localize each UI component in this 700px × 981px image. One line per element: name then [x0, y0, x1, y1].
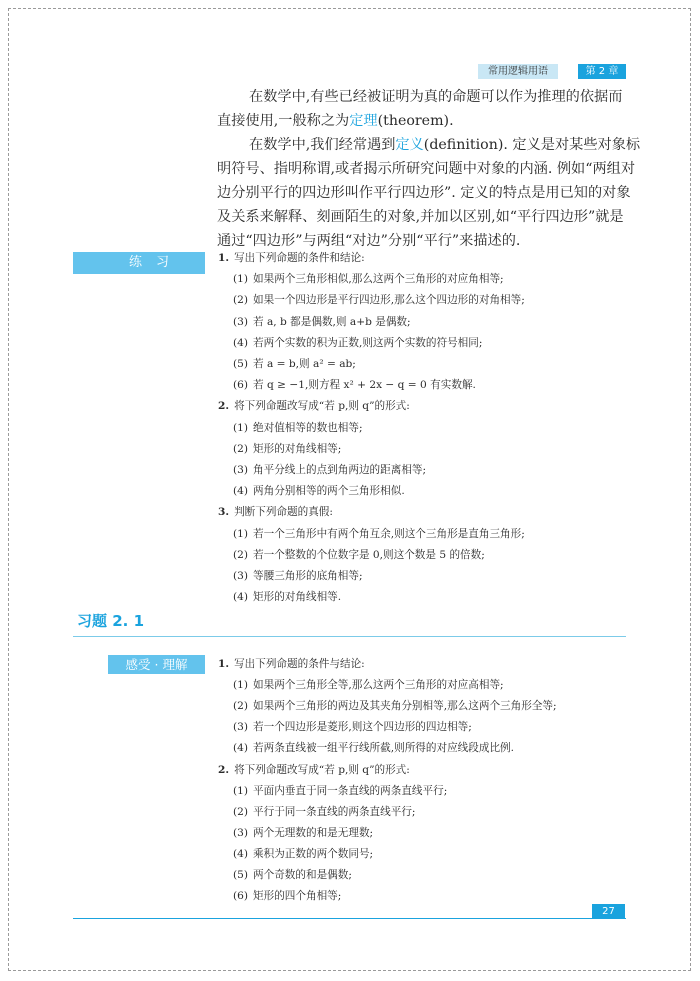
list-item: (4)若两条直线被一组平行线所截,则所得的对应线段成比例. — [233, 738, 514, 759]
item-text: 绝对值相等的数也相等; — [253, 422, 363, 434]
item-text: 若两个实数的积为正数,则这两个实数的符号相同; — [253, 337, 482, 349]
item-text: 写出下列命题的条件和结论: — [234, 252, 365, 264]
list-item: (4)矩形的对角线相等. — [233, 587, 341, 608]
item-number: (3) — [233, 316, 248, 328]
item-number: 2. — [218, 400, 229, 412]
item-number: (6) — [233, 379, 248, 391]
item-text: 将下列命题改写成“若 p,则 q”的形式: — [234, 764, 410, 776]
list-item: (4)乘积为正数的两个数同号; — [233, 844, 373, 865]
item-number: (4) — [233, 848, 248, 860]
item-number: (2) — [233, 700, 248, 712]
list-item: (3)等腰三角形的底角相等; — [233, 566, 363, 587]
item-number: (1) — [233, 422, 248, 434]
list-item: (1)绝对值相等的数也相等; — [233, 418, 363, 439]
item-number: (5) — [233, 358, 248, 370]
list-item: (2)如果两个三角形的两边及其夹角分别相等,那么这两个三角形全等; — [233, 696, 557, 717]
page-number: 27 — [592, 904, 625, 919]
item-number: 3. — [218, 506, 229, 518]
item-text: 判断下列命题的真假: — [234, 506, 333, 518]
list-item: (1)如果两个三角形相似,那么这两个三角形的对应角相等; — [233, 269, 504, 290]
practice-tag: 练习 — [73, 252, 205, 274]
item-text: 两个奇数的和是偶数; — [253, 869, 352, 881]
item-number: (3) — [233, 721, 248, 733]
exercises-title: 习题 2. 1 — [77, 610, 144, 631]
item-text: 写出下列命题的条件与结论: — [234, 658, 365, 670]
item-text: 两个无理数的和是无理数; — [253, 827, 373, 839]
intro-p2-line4: 及关系来解释、刻画陌生的对象,并加以区别,如“平行四边形”就是 — [217, 206, 624, 230]
item-number: (4) — [233, 742, 248, 754]
item-number: (4) — [233, 485, 248, 497]
item-number: 1. — [218, 252, 229, 264]
list-item: (4)若两个实数的积为正数,则这两个实数的符号相同; — [233, 333, 482, 354]
item-number: (1) — [233, 273, 248, 285]
list-item: (2)若一个整数的个位数字是 0,则这个数是 5 的倍数; — [233, 545, 485, 566]
list-item: (1)若一个三角形中有两个角互余,则这个三角形是直角三角形; — [233, 524, 525, 545]
chapter-number-tag: 第 2 章 — [578, 64, 626, 79]
item-number: (1) — [233, 528, 248, 540]
item-text: 若两条直线被一组平行线所截,则所得的对应线段成比例. — [253, 742, 514, 754]
item-number: (5) — [233, 869, 248, 881]
item-text: 如果两个三角形相似,那么这两个三角形的对应角相等; — [253, 273, 504, 285]
list-item: (6)若 q ≥ −1,则方程 x² + 2x − q = 0 有实数解. — [233, 375, 476, 396]
item-number: (2) — [233, 806, 248, 818]
list-item: 2.将下列命题改写成“若 p,则 q”的形式: — [218, 396, 410, 417]
list-item: (3)若 a, b 都是偶数,则 a+b 是偶数; — [233, 312, 411, 333]
item-number: (2) — [233, 294, 248, 306]
chapter-name-tag: 常用逻辑用语 — [478, 64, 558, 79]
term-definition: 定义 — [395, 137, 423, 153]
footer-rule — [73, 918, 626, 919]
item-number: (3) — [233, 464, 248, 476]
item-number: (4) — [233, 591, 248, 603]
item-text: 若 a, b 都是偶数,则 a+b 是偶数; — [253, 316, 411, 328]
item-number: 1. — [218, 658, 229, 670]
item-text: 矩形的四个角相等; — [253, 890, 341, 902]
list-item: 2.将下列命题改写成“若 p,则 q”的形式: — [218, 760, 410, 781]
item-text: 如果两个三角形的两边及其夹角分别相等,那么这两个三角形全等; — [253, 700, 557, 712]
list-item: (6)矩形的四个角相等; — [233, 886, 341, 907]
item-number: (3) — [233, 570, 248, 582]
list-item: (3)角平分线上的点到角两边的距离相等; — [233, 460, 426, 481]
list-item: (2)如果一个四边形是平行四边形,那么这个四边形的对角相等; — [233, 290, 525, 311]
list-item: 1.写出下列命题的条件和结论: — [218, 248, 365, 269]
list-item: (3)若一个四边形是菱形,则这个四边形的四边相等; — [233, 717, 472, 738]
item-text: 角平分线上的点到角两边的距离相等; — [253, 464, 426, 476]
term-theorem: 定理 — [349, 113, 377, 129]
intro-p2-line2: 明符号、指明称谓,或者揭示所研究问题中对象的内涵. 例如“两组对 — [217, 158, 635, 182]
item-text: 若一个四边形是菱形,则这个四边形的四边相等; — [253, 721, 472, 733]
item-text: 若一个整数的个位数字是 0,则这个数是 5 的倍数; — [253, 549, 485, 561]
list-item: (5)两个奇数的和是偶数; — [233, 865, 352, 886]
item-number: (4) — [233, 337, 248, 349]
intro-p1-line2: 直接使用,一般称之为定理(theorem). — [217, 110, 454, 134]
feel-understand-tag: 感受 · 理解 — [108, 655, 205, 674]
list-item: (3)两个无理数的和是无理数; — [233, 823, 373, 844]
item-text: 等腰三角形的底角相等; — [253, 570, 363, 582]
text: 在数学中,我们经常遇到 — [249, 137, 395, 153]
item-text: 如果一个四边形是平行四边形,那么这个四边形的对角相等; — [253, 294, 525, 306]
item-number: (1) — [233, 785, 248, 797]
item-text: 两角分别相等的两个三角形相似. — [253, 485, 405, 497]
item-number: (6) — [233, 890, 248, 902]
list-item: (4)两角分别相等的两个三角形相似. — [233, 481, 405, 502]
item-text: 若 a = b,则 a² = ab; — [253, 358, 356, 370]
section-divider — [73, 636, 626, 637]
item-number: (1) — [233, 679, 248, 691]
item-number: 2. — [218, 764, 229, 776]
item-text: 如果两个三角形全等,那么这两个三角形的对应高相等; — [253, 679, 504, 691]
list-item: 3.判断下列命题的真假: — [218, 502, 333, 523]
item-number: (3) — [233, 827, 248, 839]
item-text: 平面内垂直于同一条直线的两条直线平行; — [253, 785, 447, 797]
list-item: (1)平面内垂直于同一条直线的两条直线平行; — [233, 781, 447, 802]
item-text: 若 q ≥ −1,则方程 x² + 2x − q = 0 有实数解. — [253, 379, 476, 391]
item-text: 将下列命题改写成“若 p,则 q”的形式: — [234, 400, 410, 412]
item-text: 矩形的对角线相等; — [253, 443, 341, 455]
item-text: 矩形的对角线相等. — [253, 591, 341, 603]
item-text: 平行于同一条直线的两条直线平行; — [253, 806, 415, 818]
intro-p2-line1: 在数学中,我们经常遇到定义(definition). 定义是对某些对象标 — [249, 134, 640, 158]
list-item: 1.写出下列命题的条件与结论: — [218, 654, 365, 675]
intro-p1-line1: 在数学中,有些已经被证明为真的命题可以作为推理的依据而 — [249, 86, 622, 110]
item-number: (2) — [233, 443, 248, 455]
text: (theorem). — [378, 113, 454, 129]
text: 直接使用,一般称之为 — [217, 113, 349, 129]
list-item: (2)矩形的对角线相等; — [233, 439, 341, 460]
item-number: (2) — [233, 549, 248, 561]
text: (definition). 定义是对某些对象标 — [424, 137, 640, 153]
intro-p2-line3: 边分别平行的四边形叫作平行四边形”. 定义的特点是用已知的对象 — [217, 182, 631, 206]
item-text: 乘积为正数的两个数同号; — [253, 848, 373, 860]
list-item: (2)平行于同一条直线的两条直线平行; — [233, 802, 416, 823]
item-text: 若一个三角形中有两个角互余,则这个三角形是直角三角形; — [253, 528, 525, 540]
list-item: (5)若 a = b,则 a² = ab; — [233, 354, 356, 375]
list-item: (1)如果两个三角形全等,那么这两个三角形的对应高相等; — [233, 675, 504, 696]
